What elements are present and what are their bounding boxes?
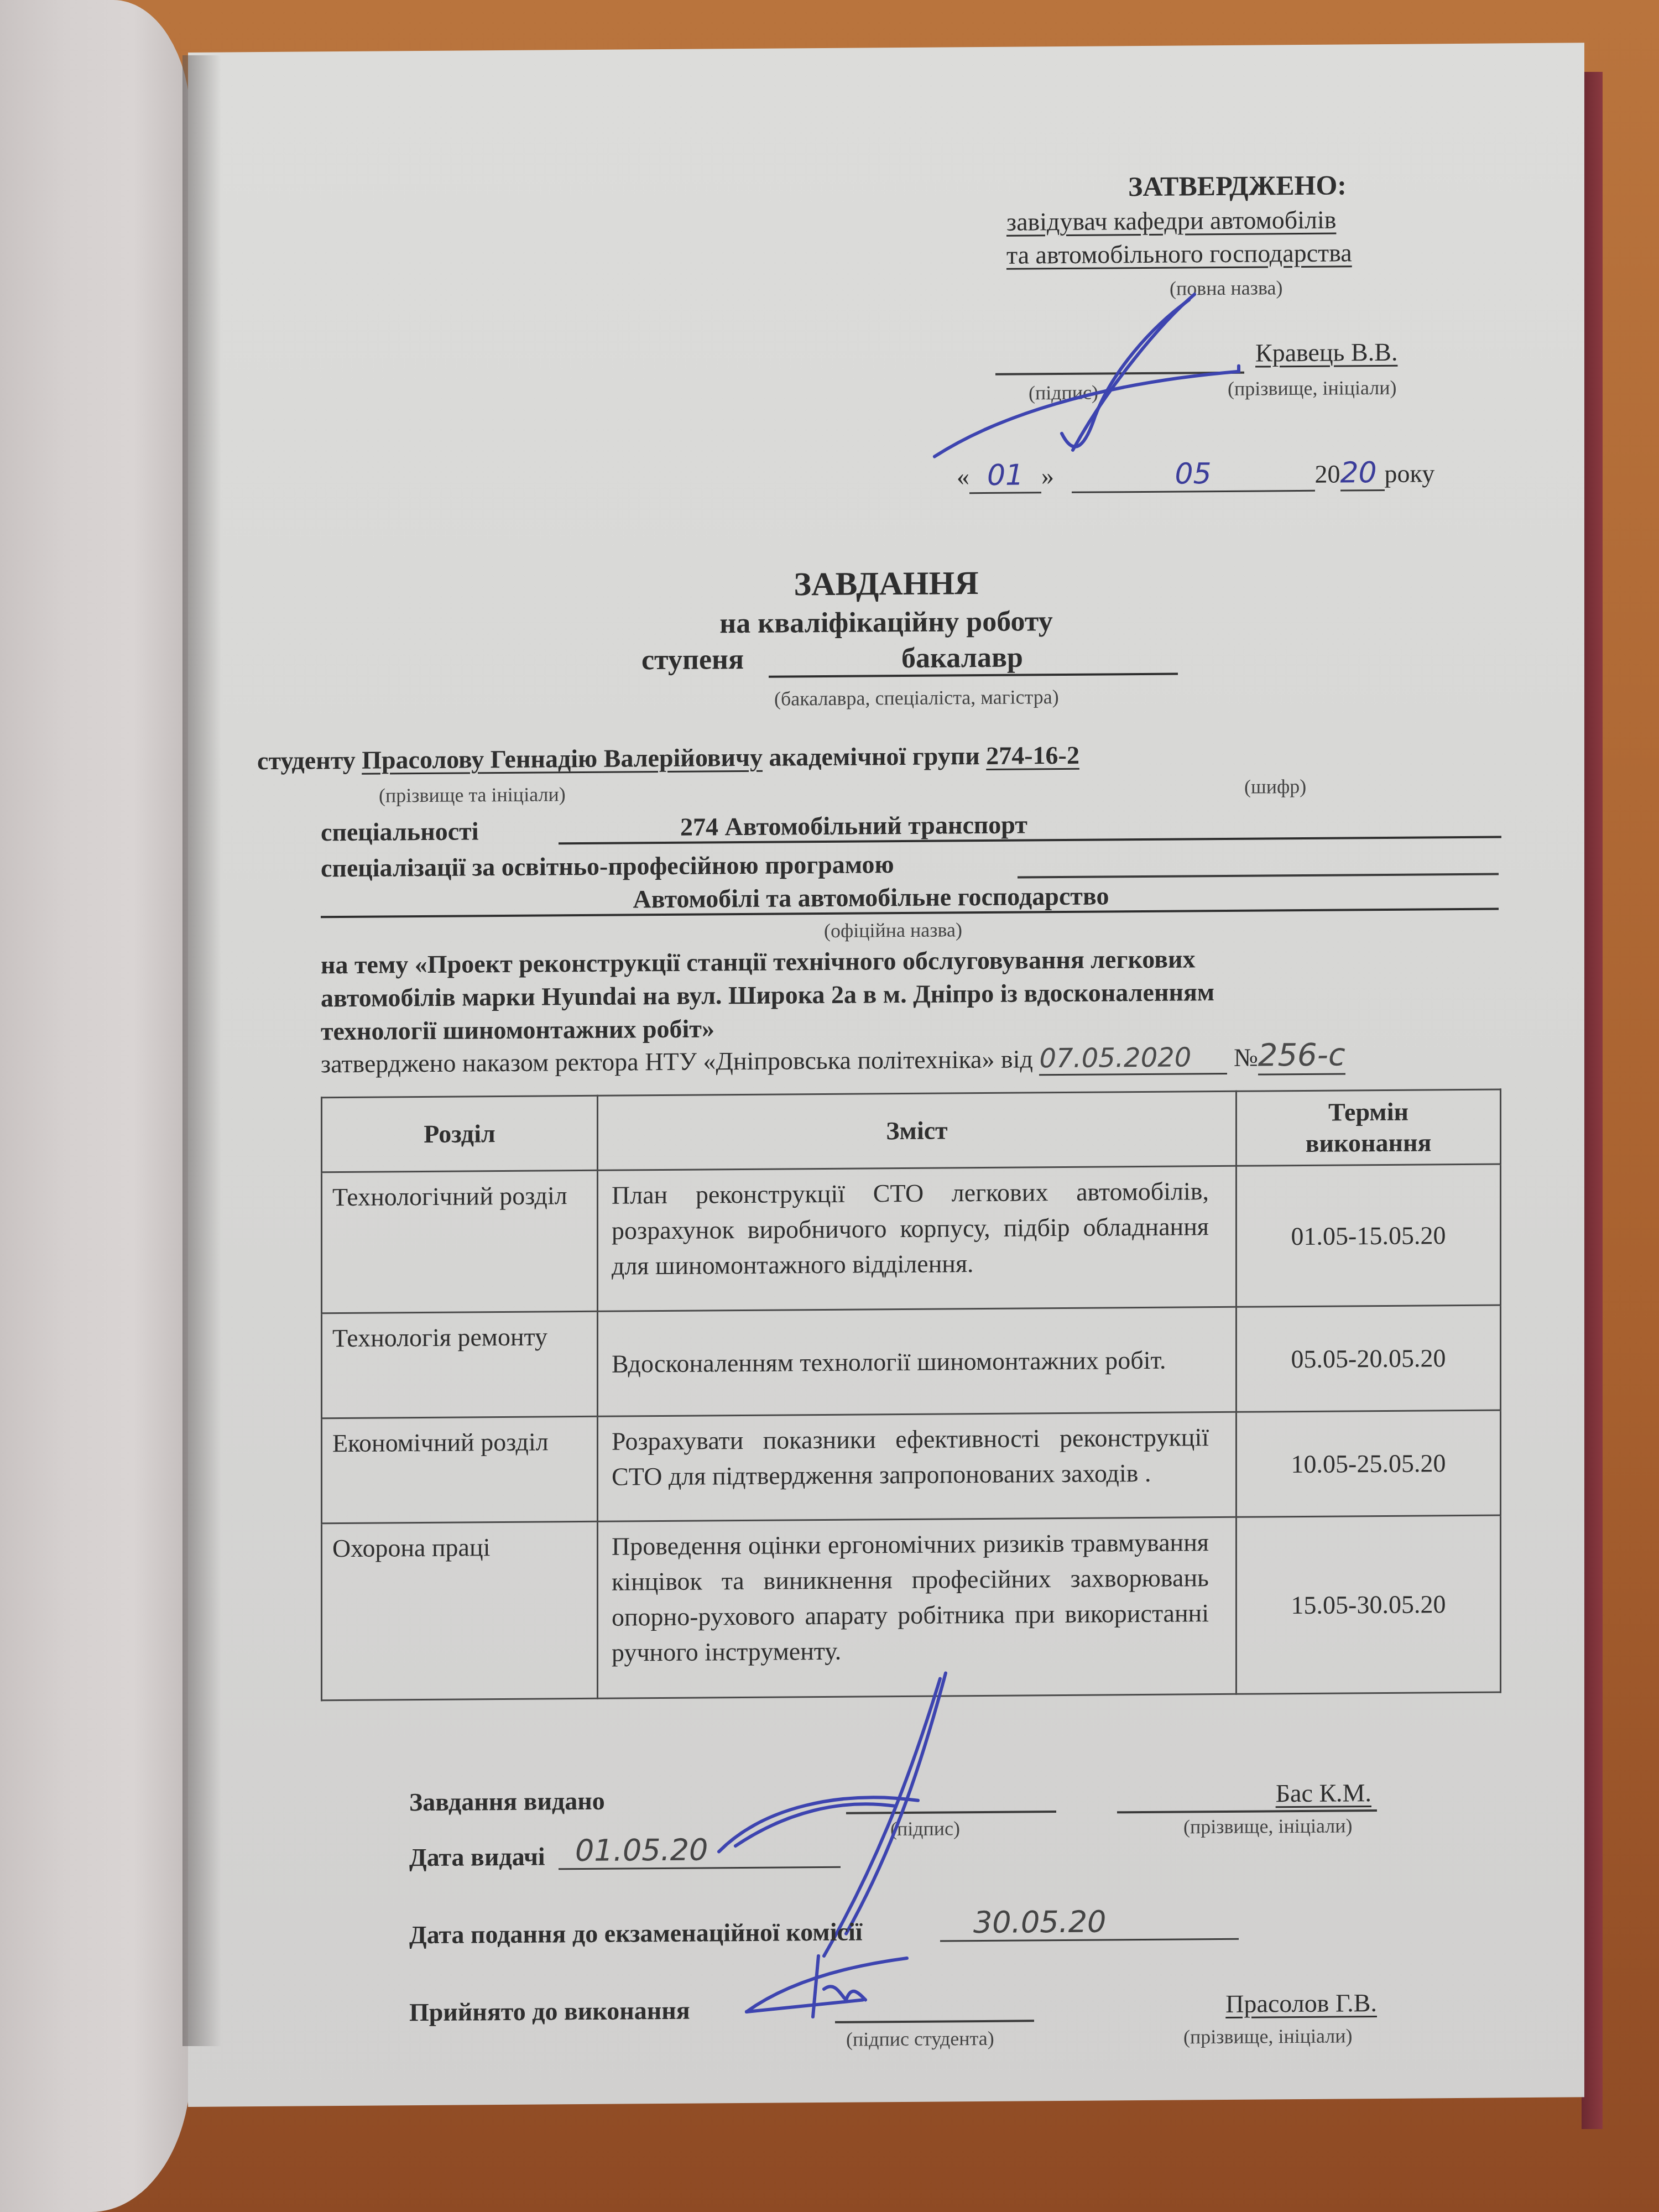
student-signature (741, 1950, 918, 2028)
specialization-label: спеціалізації за освітньо-професійною пр… (321, 849, 894, 883)
topic-line1: на тему «Проект реконструкції станції те… (321, 944, 1196, 979)
book-gutter-shadow (182, 55, 221, 2046)
assignment-page: ЗАТВЕРДЖЕНО: завідувач кафедри автомобіл… (188, 43, 1584, 2107)
student-name-caption: (прізвище, ініціали) (1183, 2024, 1353, 2048)
issued-name-line (1117, 1809, 1377, 1813)
row-term: 05.05-20.05.20 (1237, 1305, 1501, 1412)
group-caption: (шифр) (1244, 775, 1306, 799)
specialization-value: Автомобілі та автомобільне господарство (321, 878, 1499, 918)
date-close-quote: » (1041, 462, 1054, 490)
topic-line3: технології шиномонтажних робіт» (321, 1014, 714, 1046)
submission-label: Дата подання до екзаменаційної комісії (409, 1917, 862, 1949)
specialty-label: спеціальності (321, 816, 478, 847)
header-term: Термін виконання (1237, 1089, 1501, 1166)
header-section: Розділ (322, 1095, 598, 1172)
topic-line2: автомобілів марки Hyundai на вул. Широка… (321, 977, 1214, 1013)
approval-date-day: 01 (969, 458, 1041, 494)
previous-page-curl (0, 0, 191, 2212)
approval-title: ЗАТВЕРДЖЕНО: (1128, 169, 1347, 202)
submission-date-value: 30.05.20 (940, 1903, 1239, 1942)
order-line: затверджено наказом ректора НТУ «Дніпров… (321, 1037, 1345, 1082)
group-code: 274-16-2 (986, 741, 1079, 770)
accepted-label: Прийнято до виконання (409, 1996, 690, 2027)
specialization-caption: (офіційна назва) (824, 918, 962, 942)
table-row: Економічний розділ Розрахувати показники… (322, 1410, 1501, 1524)
document-title: ЗАВДАННЯ (188, 560, 1584, 608)
row-content: Вдосконаленням технології шиномонтажних … (598, 1307, 1237, 1416)
task-table: Розділ Зміст Термін виконання Технологіч… (321, 1088, 1501, 1701)
row-section: Охорона праці (322, 1521, 598, 1700)
student-line: студенту Прасолову Геннадію Валерійовичу… (257, 740, 1079, 775)
row-section: Технологічний розділ (322, 1170, 598, 1313)
row-section: Технологія ремонту (322, 1311, 598, 1418)
student-name: Прасолову Геннадію Валерійовичу (362, 743, 763, 774)
degree-label: ступеня (641, 643, 744, 676)
order-number: 256-с (1258, 1037, 1345, 1075)
date-open-quote: « (957, 462, 969, 491)
student-prefix: студенту (257, 746, 356, 775)
row-content: План реконструкції СТО легкових автомобі… (598, 1166, 1237, 1311)
document-subtitle: на кваліфікаційну роботу (188, 601, 1584, 644)
issue-date-value: 01.05.20 (559, 1832, 841, 1870)
table-row: Технологія ремонту Вдосконаленням технол… (322, 1305, 1501, 1418)
degree-caption: (бакалавра, спеціаліста, магістра) (774, 685, 1059, 711)
student-name: Прасолов Г.В. (1156, 1988, 1377, 2019)
row-term: 15.05-30.05.20 (1237, 1515, 1501, 1694)
approval-position-line2: та автомобільного господарства (1006, 238, 1352, 269)
row-term: 01.05-15.05.20 (1237, 1164, 1501, 1307)
header-content: Зміст (598, 1091, 1237, 1170)
order-text: затверджено наказом ректора НТУ «Дніпров… (321, 1045, 1033, 1078)
row-content: Розрахувати показники ефективності рекон… (598, 1412, 1237, 1521)
order-date: 07.05.2020 (1039, 1042, 1227, 1076)
row-term: 10.05-25.05.20 (1237, 1410, 1501, 1517)
specialization-blank-line (1018, 873, 1499, 878)
degree-value: бакалавр (769, 640, 1178, 678)
student-signature-caption: (підпис студента) (846, 2027, 994, 2051)
student-name-caption: (прізвище та ініціали) (379, 782, 566, 807)
approval-date-month: 05 (1072, 457, 1315, 493)
group-label: академічної групи (769, 742, 980, 771)
issued-name: Бас К.М. (1117, 1778, 1371, 1809)
approval-date: «01» 052020року (957, 456, 1434, 494)
approval-position-line1: завідувач кафедри автомобілів (1006, 205, 1336, 237)
approval-signature (929, 288, 1283, 467)
approval-year-word: року (1385, 459, 1435, 488)
issue-date-label: Дата видачі (409, 1841, 545, 1872)
table-header-row: Розділ Зміст Термін виконання (322, 1089, 1501, 1172)
issued-name-caption: (прізвище, ініціали) (1183, 1814, 1353, 1838)
approval-year-prefix: 20 (1315, 460, 1340, 488)
book-cover-edge (1582, 72, 1603, 2129)
specialty-value: 274 Автомобільний транспорт (559, 806, 1501, 844)
order-number-label: № (1234, 1043, 1258, 1071)
table-row: Технологічний розділ План реконструкції … (322, 1164, 1501, 1313)
approval-year-suffix: 20 (1340, 456, 1385, 492)
issued-label: Завдання видано (409, 1786, 605, 1817)
row-section: Економічний розділ (322, 1416, 598, 1523)
